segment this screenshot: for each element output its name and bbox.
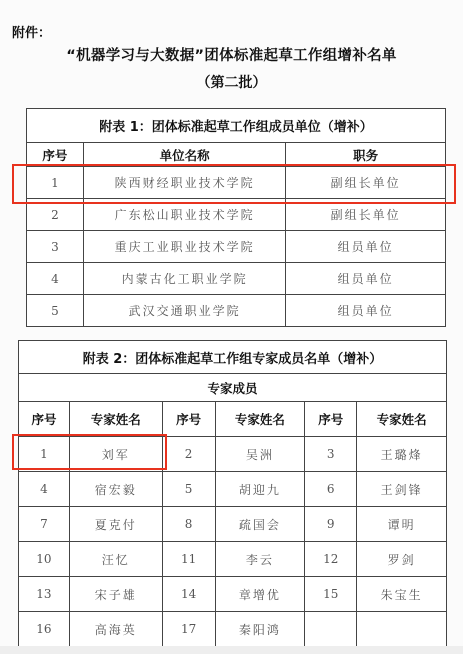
table-row: 7 夏克付 8 疏国会 9 谭明 [19, 507, 447, 542]
row-no: 2 [27, 199, 84, 231]
row-no: 11 [162, 542, 215, 577]
unit-role: 副组长单位 [286, 199, 446, 231]
empty-cell [305, 612, 357, 647]
row-no: 6 [305, 472, 357, 507]
unit-name: 陕西财经职业技术学院 [83, 167, 286, 199]
table2-subtitle: 专家成员 [19, 374, 447, 402]
row-no: 1 [27, 167, 84, 199]
unit-role: 副组长单位 [286, 167, 446, 199]
row-no: 9 [305, 507, 357, 542]
unit-name: 武汉交通职业学院 [83, 295, 286, 327]
row-no: 3 [27, 231, 84, 263]
expert-name: 王璐烽 [357, 437, 447, 472]
expert-name: 秦阳鸿 [215, 612, 305, 647]
row-no: 14 [162, 577, 215, 612]
expert-name: 王剑锋 [357, 472, 447, 507]
header-expert-name: 专家姓名 [69, 402, 162, 437]
row-no: 5 [162, 472, 215, 507]
table-row: 10 汪忆 11 李云 12 罗剑 [19, 542, 447, 577]
expert-name: 夏克付 [69, 507, 162, 542]
unit-role: 组员单位 [286, 231, 446, 263]
expert-name: 胡迎九 [215, 472, 305, 507]
header-no: 序号 [305, 402, 357, 437]
row-no: 13 [19, 577, 70, 612]
table-row: 5 武汉交通职业学院 组员单位 [27, 295, 446, 327]
table1-title: 附表 1：团体标准起草工作组成员单位（增补） [27, 109, 446, 143]
unit-name: 内蒙古化工职业学院 [83, 263, 286, 295]
expert-name: 刘军 [69, 437, 162, 472]
table-row: 3 重庆工业职业技术学院 组员单位 [27, 231, 446, 263]
page-bottom-edge [0, 646, 463, 654]
row-no: 1 [19, 437, 70, 472]
table-row: 16 高海英 17 秦阳鸿 [19, 612, 447, 647]
table-row: 1 陕西财经职业技术学院 副组长单位 [27, 167, 446, 199]
expert-name: 李云 [215, 542, 305, 577]
row-no: 15 [305, 577, 357, 612]
table-row: 13 宋子雄 14 章增优 15 朱宝生 [19, 577, 447, 612]
expert-name: 汪忆 [69, 542, 162, 577]
batch-label: （第二批） [0, 72, 463, 92]
expert-name: 疏国会 [215, 507, 305, 542]
header-unit-name: 单位名称 [83, 143, 286, 167]
expert-name: 宋子雄 [69, 577, 162, 612]
table2-title: 附表 2：团体标准起草工作组专家成员名单（增补） [19, 341, 447, 374]
expert-members-table: 附表 2：团体标准起草工作组专家成员名单（增补） 专家成员 序号 专家姓名 序号… [18, 340, 447, 647]
unit-name: 重庆工业职业技术学院 [83, 231, 286, 263]
header-no: 序号 [27, 143, 84, 167]
row-no: 16 [19, 612, 70, 647]
document-title: “机器学习与大数据”团体标准起草工作组增补名单 [0, 44, 463, 65]
table-row: 4 内蒙古化工职业学院 组员单位 [27, 263, 446, 295]
unit-role: 组员单位 [286, 295, 446, 327]
header-expert-name: 专家姓名 [215, 402, 305, 437]
unit-role: 组员单位 [286, 263, 446, 295]
row-no: 8 [162, 507, 215, 542]
expert-name: 谭明 [357, 507, 447, 542]
table-row: 4 宿宏毅 5 胡迎九 6 王剑锋 [19, 472, 447, 507]
expert-name: 宿宏毅 [69, 472, 162, 507]
row-no: 10 [19, 542, 70, 577]
expert-name: 吴洲 [215, 437, 305, 472]
row-no: 4 [19, 472, 70, 507]
row-no: 17 [162, 612, 215, 647]
row-no: 7 [19, 507, 70, 542]
row-no: 3 [305, 437, 357, 472]
unit-name: 广东松山职业技术学院 [83, 199, 286, 231]
expert-name: 罗剑 [357, 542, 447, 577]
header-no: 序号 [19, 402, 70, 437]
expert-name: 章增优 [215, 577, 305, 612]
header-expert-name: 专家姓名 [357, 402, 447, 437]
member-units-table: 附表 1：团体标准起草工作组成员单位（增补） 序号 单位名称 职务 1 陕西财经… [26, 108, 446, 327]
table-row: 2 广东松山职业技术学院 副组长单位 [27, 199, 446, 231]
row-no: 12 [305, 542, 357, 577]
empty-cell [357, 612, 447, 647]
table-row: 1 刘军 2 吴洲 3 王璐烽 [19, 437, 447, 472]
attachment-label: 附件： [12, 22, 51, 41]
header-no: 序号 [162, 402, 215, 437]
expert-name: 高海英 [69, 612, 162, 647]
expert-name: 朱宝生 [357, 577, 447, 612]
row-no: 5 [27, 295, 84, 327]
header-role: 职务 [286, 143, 446, 167]
row-no: 2 [162, 437, 215, 472]
row-no: 4 [27, 263, 84, 295]
